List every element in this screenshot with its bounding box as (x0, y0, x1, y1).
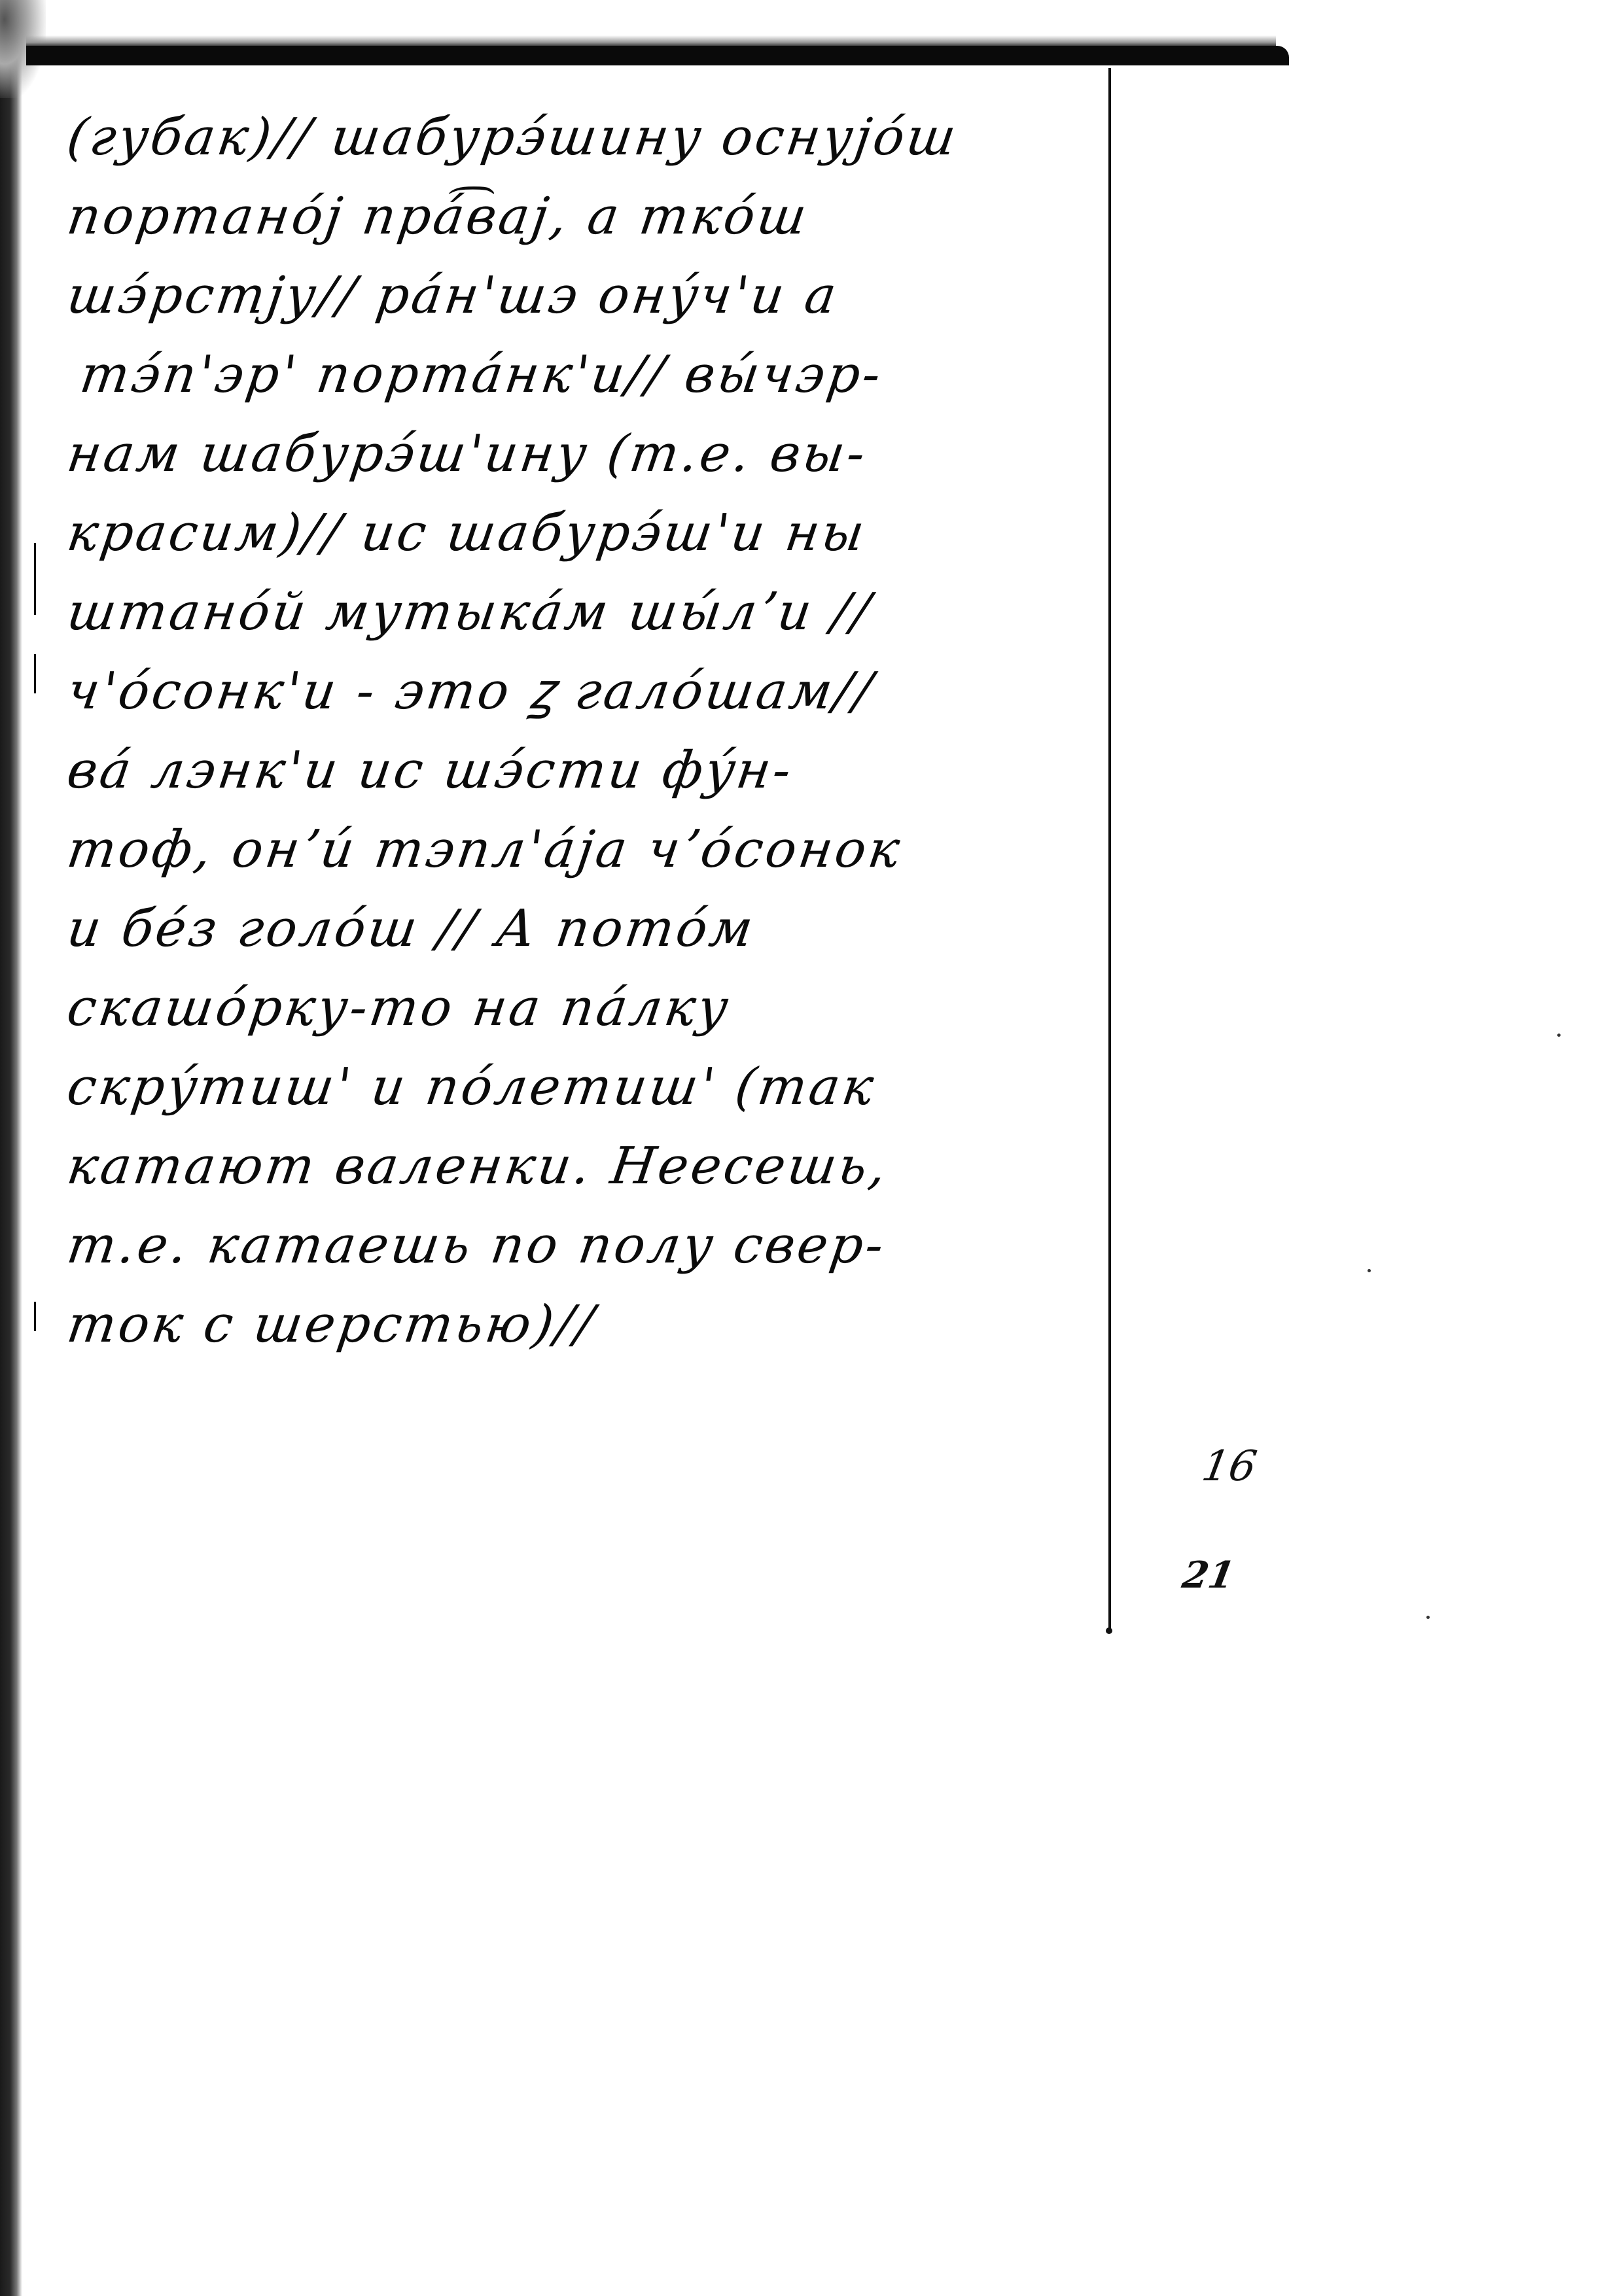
text-line-4: тэ́п'эр' портáнк'и// вы́чэр- (62, 336, 1107, 415)
text-line-5: нам шабурэ́ш'ину (т.е. вы- (62, 415, 1107, 494)
text-line-3: шэ́рстjу// рáн'шэ онýч'и а (62, 256, 1107, 336)
text-line-8: ч'óсонк'и - это ꙁ галóшам// (62, 652, 1107, 731)
text-line-13: скрýтиш' и пóлетиш' (так (62, 1048, 1107, 1127)
text-line-12: скашóрку-то на пáлку (62, 969, 1107, 1048)
text-line-7: штанóй мутыкáм шы́лʼи // (62, 573, 1107, 652)
handwritten-text-block: (губак)// шабурэ́шину оснуjóш портанój п… (62, 98, 1096, 1365)
text-line-9: вá лэнк'и ис шэ́сти фýн- (62, 731, 1107, 810)
text-line-6: красим)// ис шабурэ́ш'и ны (62, 494, 1107, 573)
page-number-upper: 16 (1198, 1442, 1260, 1491)
scan-left-edge (0, 0, 22, 2296)
text-line-11: и бéз голóш // А потóм (62, 890, 1107, 969)
scan-speck (1557, 1034, 1561, 1037)
text-line-16: ток с шерстью)// (62, 1285, 1107, 1365)
margin-rule-end-dot (1106, 1627, 1112, 1634)
text-line-14: катают валенки. Неесешь, (62, 1127, 1107, 1206)
scan-top-band (26, 46, 1289, 65)
left-margin-tick (34, 654, 36, 693)
left-margin-tick (34, 543, 36, 615)
margin-rule (1108, 68, 1111, 1631)
text-line-1: (губак)// шабурэ́шину оснуjóш (62, 98, 1107, 177)
scan-speck (1368, 1269, 1371, 1272)
text-line-10: тоф, онʼú тэпл'ája чʼóсонок (62, 810, 1107, 890)
scan-speck (1426, 1616, 1430, 1619)
page-number-lower: 21 (1179, 1554, 1238, 1597)
text-line-15: т.е. катаешь по полу свер- (62, 1206, 1107, 1285)
text-line-2: портанój прá͡ваj, а ткóш (62, 177, 1107, 256)
left-margin-tick (34, 1302, 36, 1331)
